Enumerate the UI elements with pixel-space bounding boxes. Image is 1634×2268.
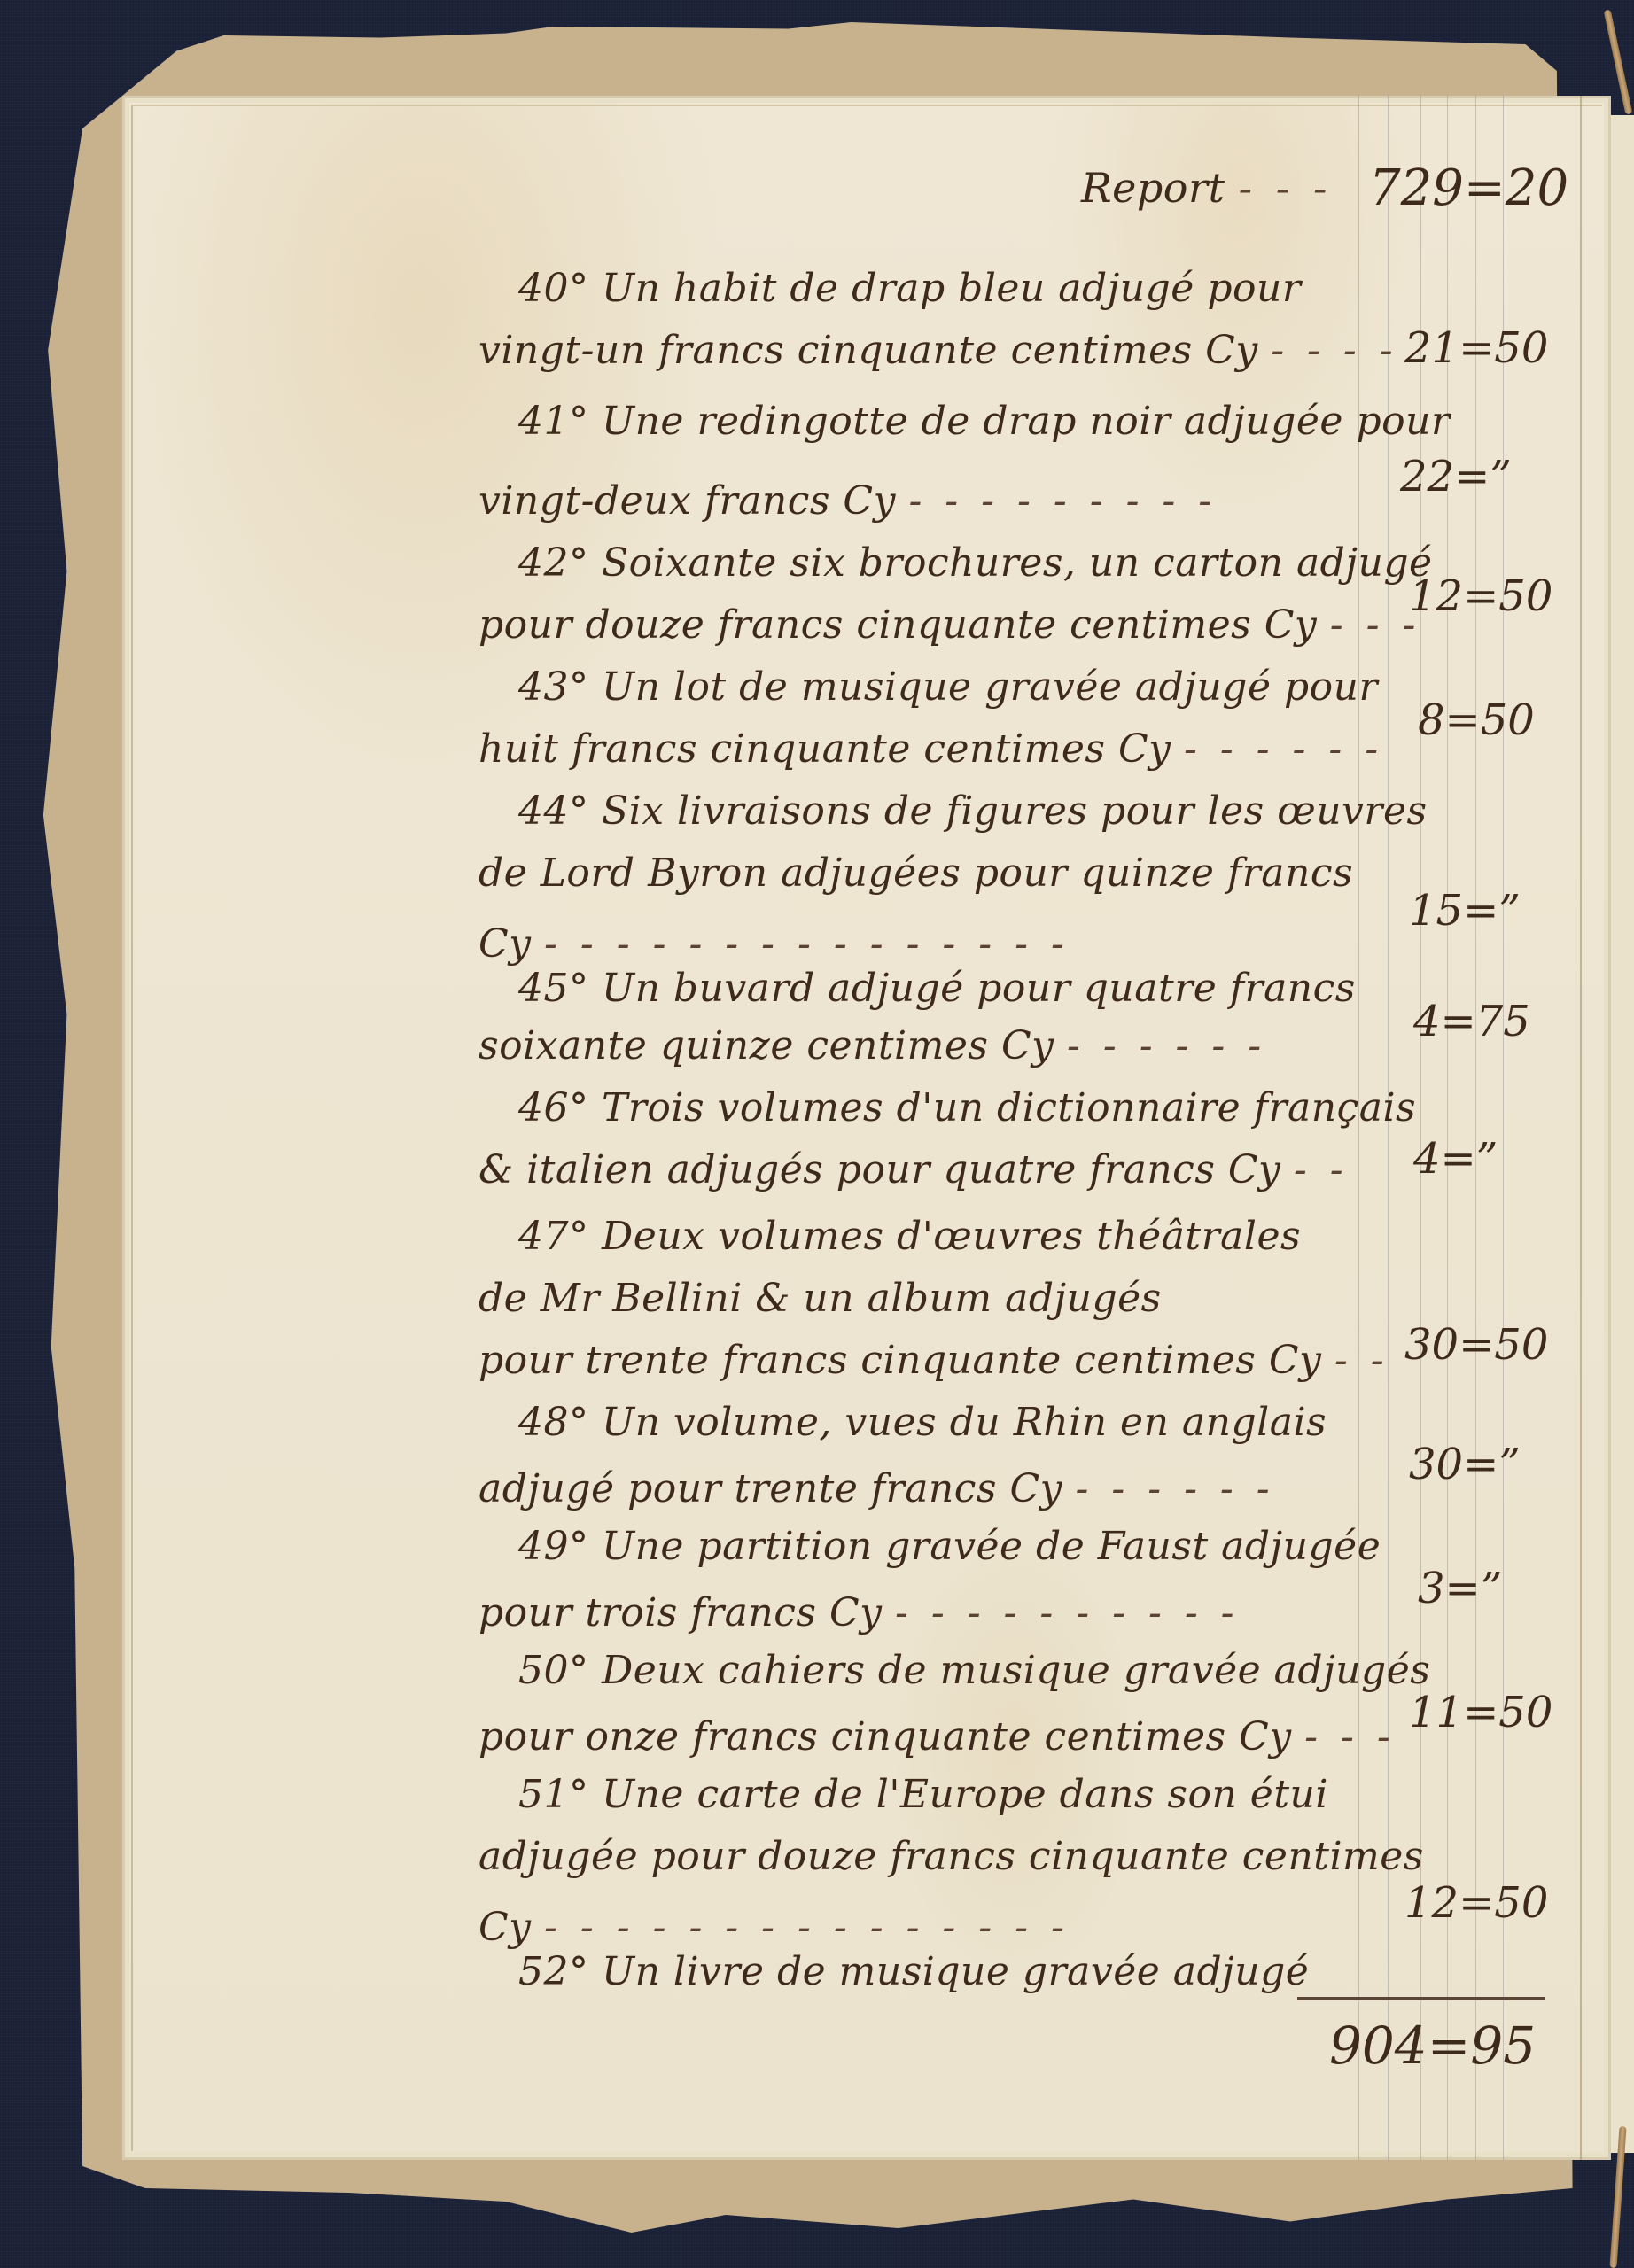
entry-44-line-2: de Lord Byron adjugées pour quinze franc… bbox=[479, 850, 1353, 896]
entry-49-amount: 3=” bbox=[1418, 1564, 1502, 1613]
entry-44-line-3: Cy - - - - - - - - - - - - - - - bbox=[479, 921, 1070, 967]
entry-41-line-2: vingt-deux francs Cy - - - - - - - - - bbox=[479, 478, 1217, 524]
manuscript-text: Report - - - 729=20 40° Un habit de drap… bbox=[0, 0, 1634, 2268]
entry-49-line-2: pour trois francs Cy - - - - - - - - - - bbox=[479, 1590, 1240, 1635]
entry-45-line-2: soixante quinze centimes Cy - - - - - - bbox=[479, 1023, 1266, 1068]
entry-47-amount: 30=50 bbox=[1404, 1320, 1548, 1370]
entry-41-line-1: 41° Une redingotte de drap noir adjugée … bbox=[518, 399, 1450, 444]
carried-forward-amount: 729=20 bbox=[1369, 159, 1568, 217]
entry-45-line-1: 45° Un buvard adjugé pour quatre francs bbox=[518, 966, 1356, 1011]
entry-47-line-3: pour trente francs cinquante centimes Cy… bbox=[479, 1338, 1389, 1383]
entry-43-amount: 8=50 bbox=[1418, 695, 1535, 745]
carried-forward-label: Report - - - bbox=[1081, 164, 1332, 212]
entry-44-amount: 15=” bbox=[1409, 886, 1521, 936]
entry-45-amount: 4=75 bbox=[1413, 997, 1530, 1046]
entry-49-line-1: 49° Une partition gravée de Faust adjugé… bbox=[518, 1524, 1381, 1569]
entry-41-amount: 22=” bbox=[1400, 452, 1512, 501]
entry-46-amount: 4=” bbox=[1413, 1134, 1498, 1184]
entry-47-line-2: de Mr Bellini & un album adjugés bbox=[479, 1276, 1162, 1321]
entry-50-amount: 11=50 bbox=[1409, 1688, 1552, 1737]
entry-51-line-2: adjugée pour douze francs cinquante cent… bbox=[479, 1834, 1424, 1879]
entry-50-line-2: pour onze francs cinquante centimes Cy -… bbox=[479, 1714, 1396, 1759]
entry-46-line-2: & italien adjugés pour quatre francs Cy … bbox=[479, 1147, 1349, 1192]
entry-40-amount: 21=50 bbox=[1404, 323, 1548, 373]
entry-52-line-1: 52° Un livre de musique gravée adjugé bbox=[518, 1949, 1309, 1994]
entry-48-line-1: 48° Un volume, vues du Rhin en anglais bbox=[518, 1400, 1327, 1445]
entry-51-line-3: Cy - - - - - - - - - - - - - - - bbox=[479, 1905, 1070, 1950]
entry-50-line-1: 50° Deux cahiers de musique gravée adjug… bbox=[518, 1648, 1430, 1693]
entry-48-line-2: adjugé pour trente francs Cy - - - - - - bbox=[479, 1466, 1275, 1511]
entry-40-line-1: 40° Un habit de drap bleu adjugé pour bbox=[518, 266, 1301, 311]
entry-51-amount: 12=50 bbox=[1404, 1878, 1548, 1928]
entry-44-line-1: 44° Six livraisons de figures pour les œ… bbox=[518, 788, 1428, 834]
entry-51-line-1: 51° Une carte de l'Europe dans son étui bbox=[518, 1772, 1328, 1817]
page-total-amount: 904=95 bbox=[1329, 2016, 1536, 2076]
total-underline bbox=[1297, 1997, 1545, 2000]
entry-48-amount: 30=” bbox=[1409, 1440, 1521, 1489]
entry-42-line-2: pour douze francs cinquante centimes Cy … bbox=[479, 602, 1420, 648]
entry-43-line-2: huit francs cinquante centimes Cy - - - … bbox=[479, 726, 1383, 772]
entry-40-line-2: vingt-un francs cinquante centimes Cy - … bbox=[479, 328, 1398, 373]
entry-43-line-1: 43° Un lot de musique gravée adjugé pour bbox=[518, 664, 1378, 710]
entry-42-line-1: 42° Soixante six brochures, un carton ad… bbox=[518, 540, 1433, 586]
entry-47-line-1: 47° Deux volumes d'œuvres théâtrales bbox=[518, 1214, 1301, 1259]
entry-46-line-1: 46° Trois volumes d'un dictionnaire fran… bbox=[518, 1085, 1416, 1130]
entry-42-amount: 12=50 bbox=[1409, 571, 1552, 621]
